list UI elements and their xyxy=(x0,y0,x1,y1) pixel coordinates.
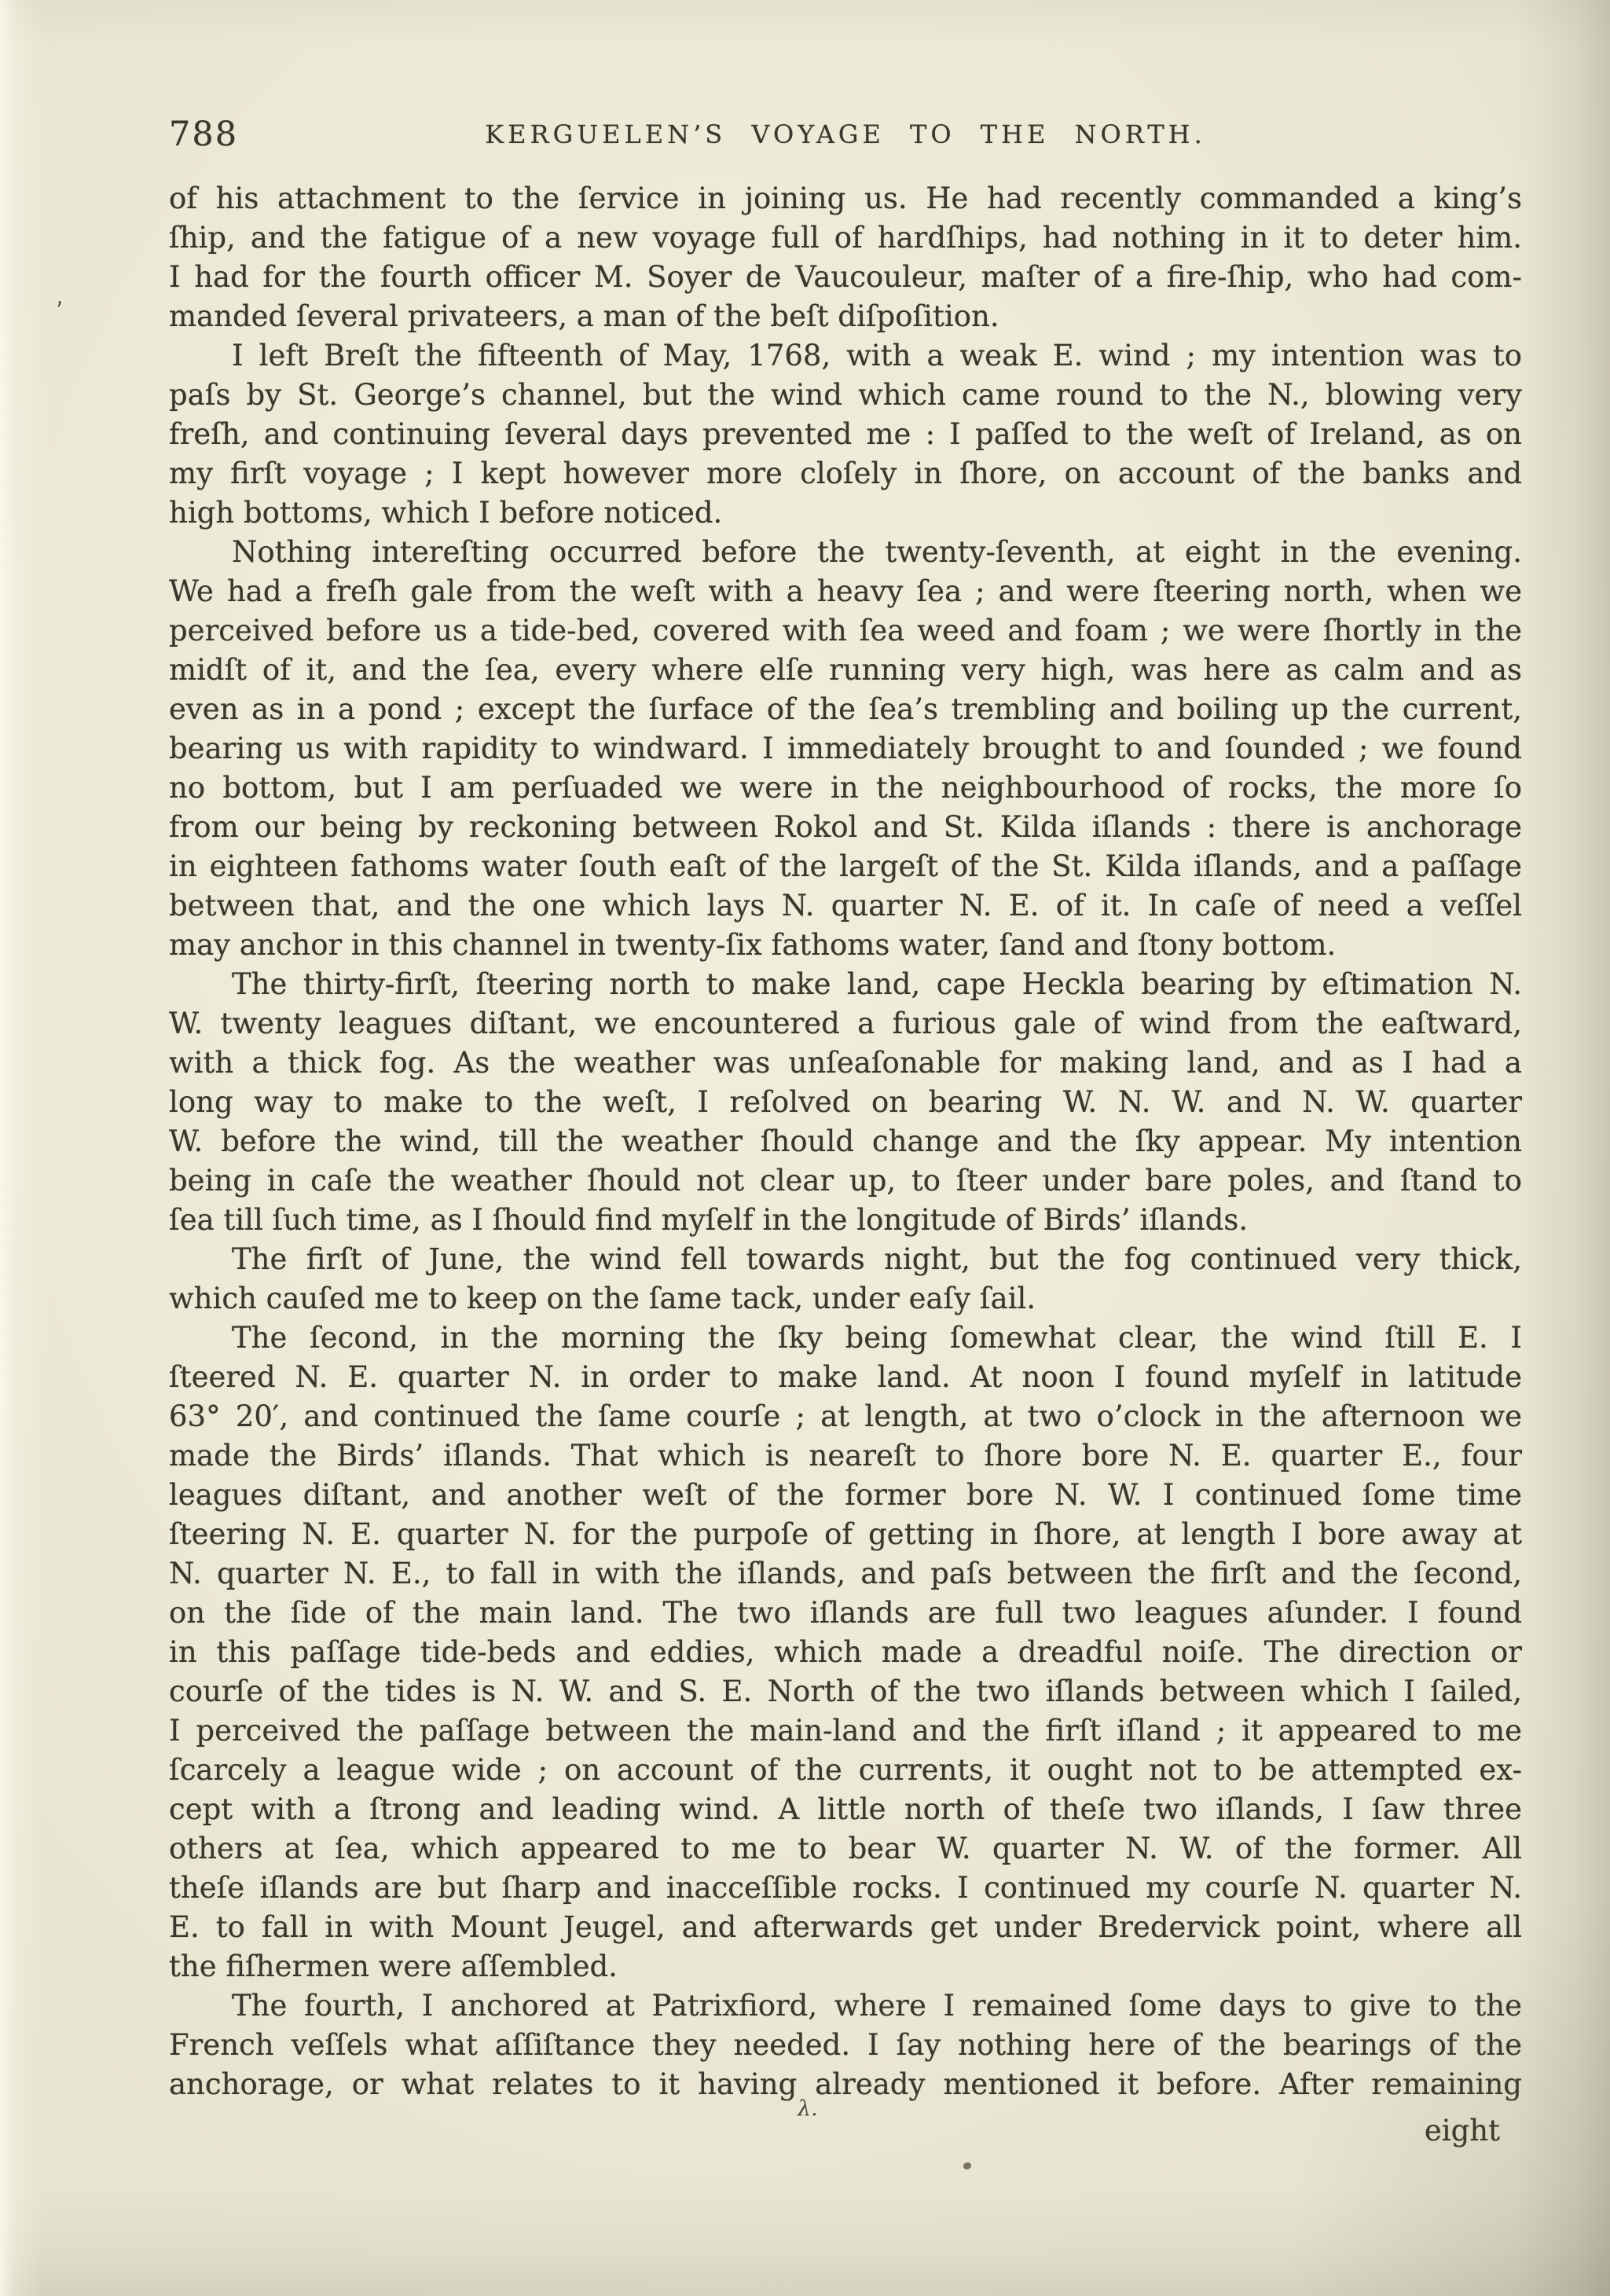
book-page: 788 KERGUELEN’S VOYAGE TO THE NORTH. of … xyxy=(0,0,1610,2296)
text-line: I left Breſt the fifteenth of May, 1768,… xyxy=(169,336,1522,376)
text-line: W. twenty leagues diſtant, we encountere… xyxy=(169,1004,1522,1043)
text-line: ſteering N. E. quarter N. for the purpoſ… xyxy=(169,1515,1522,1554)
text-line: ſcarcely a league wide ; on account of t… xyxy=(169,1751,1522,1790)
text-line: The ſecond, in the morning the ſky being… xyxy=(169,1319,1522,1358)
text-line: being in caſe the weather ſhould not cle… xyxy=(169,1161,1522,1201)
ink-speck-dot xyxy=(963,2162,971,2169)
text-line: ſhip, and the fatigue of a new voyage fu… xyxy=(169,218,1522,258)
text-line: from our being by reckoning between Roko… xyxy=(169,808,1522,847)
text-line: We had a freſh gale from the weſt with a… xyxy=(169,572,1522,611)
text-line: Nothing intereſting occurred before the … xyxy=(169,533,1522,572)
text-line: W. before the wind, till the weather ſho… xyxy=(169,1122,1522,1161)
text-line: The firſt of June, the wind fell towards… xyxy=(169,1240,1522,1279)
text-line: paſs by St. George’s channel, but the wi… xyxy=(169,376,1522,415)
text-line: in this paſſage tide-beds and eddies, wh… xyxy=(169,1633,1522,1672)
text-line: long way to make to the weſt, I reſolved… xyxy=(169,1083,1522,1122)
text-line: bearing us with rapidity to windward. I … xyxy=(169,729,1522,768)
text-line: manded ſeveral privateers, a man of the … xyxy=(169,297,1522,336)
page-body-text: of his attachment to the ſervice in join… xyxy=(169,179,1522,2104)
text-line: with a thick fog. As the weather was unſ… xyxy=(169,1043,1522,1083)
text-line: N. quarter N. E., to fall in with the iſ… xyxy=(169,1554,1522,1594)
text-line: perceived before us a tide-bed, covered … xyxy=(169,611,1522,651)
text-line: even as in a pond ; except the ſurface o… xyxy=(169,690,1522,729)
text-line: of his attachment to the ſervice in join… xyxy=(169,179,1522,218)
text-line: which cauſed me to keep on the ſame tack… xyxy=(169,1279,1522,1319)
text-line: no bottom, but I am perſuaded we were in… xyxy=(169,768,1522,808)
text-line: others at ſea, which appeared to me to b… xyxy=(169,1829,1522,1869)
text-line: ſteered N. E. quarter N. in order to mak… xyxy=(169,1358,1522,1397)
text-line: I had for the fourth officer M. Soyer de… xyxy=(169,258,1522,297)
text-line: 63° 20′, and continued the ſame courſe ;… xyxy=(169,1397,1522,1436)
text-line: freſh, and continuing ſeveral days preve… xyxy=(169,415,1522,454)
text-line: The thirty-firſt, ſteering north to make… xyxy=(169,965,1522,1004)
page-header: 788 KERGUELEN’S VOYAGE TO THE NORTH. xyxy=(169,115,1522,157)
text-line: high bottoms, which I before noticed. xyxy=(169,493,1522,533)
text-line: my firſt voyage ; I kept however more cl… xyxy=(169,454,1522,493)
text-line: courſe of the tides is N. W. and S. E. N… xyxy=(169,1672,1522,1711)
text-line: leagues diſtant, and another weſt of the… xyxy=(169,1476,1522,1515)
text-line: made the Birds’ iſlands. That which is n… xyxy=(169,1436,1522,1476)
text-line: on the ſide of the main land. The two iſ… xyxy=(169,1594,1522,1633)
text-line: in eighteen fathoms water ſouth eaſt of … xyxy=(169,847,1522,886)
ink-speck-mark: ’ xyxy=(55,297,66,325)
text-line: midſt of it, and the ſea, every where el… xyxy=(169,651,1522,690)
text-line: ſea till ſuch time, as I ſhould find myſ… xyxy=(169,1201,1522,1240)
text-line: may anchor in this channel in twenty-ſix… xyxy=(169,926,1522,965)
text-line: I perceived the paſſage between the main… xyxy=(169,1711,1522,1751)
press-figure: λ. xyxy=(798,2096,818,2121)
page-corner-shading xyxy=(1280,1887,1610,2296)
text-line: cept with a ſtrong and leading wind. A l… xyxy=(169,1790,1522,1829)
running-title: KERGUELEN’S VOYAGE TO THE NORTH. xyxy=(169,119,1522,149)
text-line: between that, and the one which lays N. … xyxy=(169,886,1522,926)
